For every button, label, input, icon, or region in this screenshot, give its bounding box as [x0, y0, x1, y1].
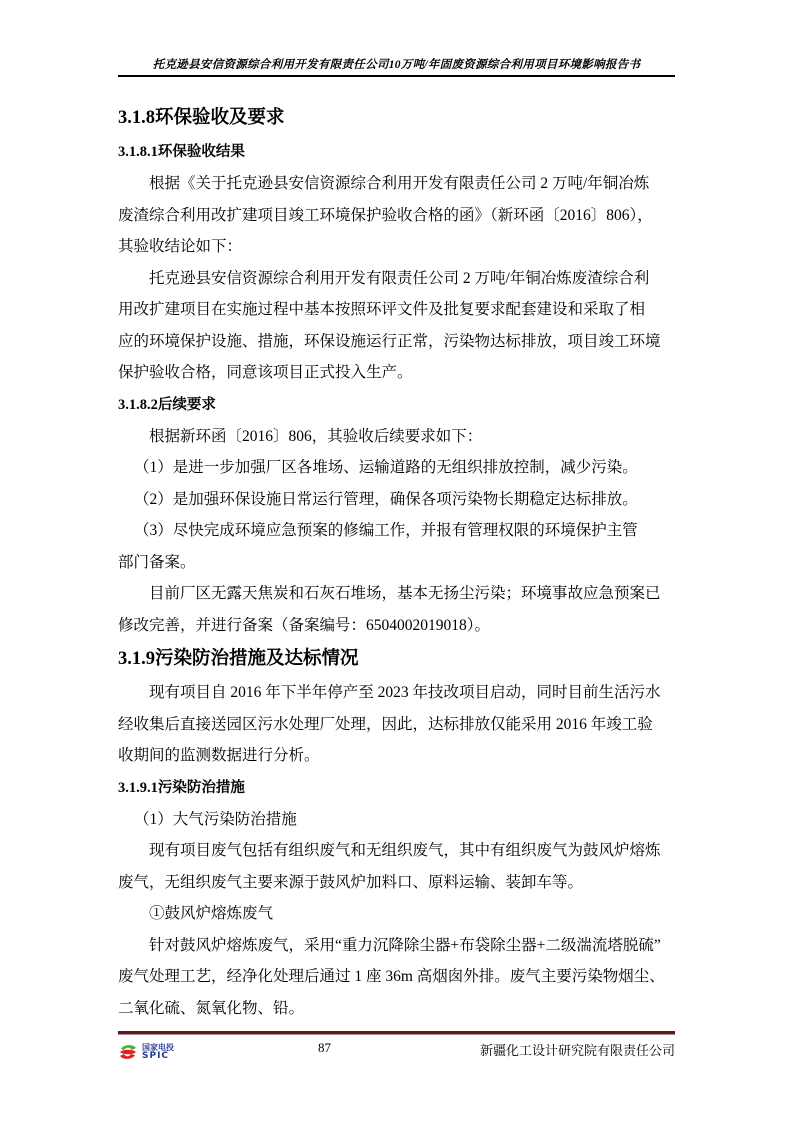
spic-logo-icon: [118, 1042, 138, 1062]
text-line: 针对鼓风炉熔炼废气，采用“重力沉降除尘器+布袋除尘器+二级湍流塔脱硫”: [118, 930, 675, 962]
paragraph-current-status-cont: 修改完善，并进行备案（备案编号：6504002019018）。: [118, 610, 675, 642]
section-heading-3-1-9-1: 3.1.9.1污染防治措施: [118, 772, 675, 804]
footer-organization: 新疆化工设计研究院有限责任公司: [480, 1040, 675, 1059]
paragraph-acceptance-conclusion: 托克逊县安信资源综合利用开发有限责任公司 2 万吨/年铜冶炼废渣综合利: [118, 263, 675, 295]
text-line: 收期间的监测数据进行分析。: [118, 740, 675, 772]
section-heading-3-1-8: 3.1.8环保验收及要求: [118, 100, 675, 136]
paragraph-acceptance-basis: 根据《关于托克逊县安信资源综合利用开发有限责任公司 2 万吨/年铜冶炼: [118, 168, 675, 200]
section-heading-3-1-9: 3.1.9污染防治措施及达标情况: [118, 641, 675, 677]
text-line: （1）大气污染防治措施: [118, 804, 675, 836]
subheading-blast-furnace-exhaust: ①鼓风炉熔炼废气: [118, 898, 675, 930]
text-line: （2）是加强环保设施日常运行管理，确保各项污染物长期稳定达标排放。: [118, 484, 675, 516]
text-line: ①鼓风炉熔炼废气: [118, 898, 675, 930]
subheading-air-pollution: （1）大气污染防治措施: [118, 804, 675, 836]
text-line: 现有项目自 2016 年下半年停产至 2023 年技改项目启动，同时目前生活污水: [118, 677, 675, 709]
section-heading-3-1-8-1: 3.1.8.1环保验收结果: [118, 136, 675, 168]
text-line: 二氧化硫、氮氧化物、铅。: [118, 993, 675, 1025]
paragraph-followup-intro: 根据新环函〔2016〕806，其验收后续要求如下：: [118, 421, 675, 453]
running-header-title: 托克逊县安信资源综合利用开发有限责任公司10万吨/年固废资源综合利用项目环境影响…: [118, 56, 675, 72]
text-line: 保护验收合格，同意该项目正式投入生产。: [118, 357, 675, 389]
paragraph-blast-furnace-treatment-cont: 废气处理工艺，经净化处理后通过 1 座 36m 高烟囱外排。废气主要污染物烟尘、…: [118, 961, 675, 1024]
text-line: （1）是进一步加强厂区各堆场、运输道路的无组织排放控制，减少污染。: [118, 452, 675, 484]
document-body: 3.1.8环保验收及要求 3.1.8.1环保验收结果 根据《关于托克逊县安信资源…: [118, 100, 675, 1024]
spic-logo: 国家电投 SPIC: [118, 1040, 188, 1064]
text-line: 现有项目废气包括有组织废气和无组织废气，其中有组织废气为鼓风炉熔炼: [118, 835, 675, 867]
list-item-3: （3）尽快完成环境应急预案的修编工作，并报有管理权限的环境保护主管: [118, 515, 675, 547]
text-line: 根据新环函〔2016〕806，其验收后续要求如下：: [118, 421, 675, 453]
paragraph-exhaust-types-cont: 废气，无组织废气主要来源于鼓风炉加料口、原料运输、装卸车等。: [118, 867, 675, 899]
text-line: 废渣综合利用改扩建项目竣工环境保护验收合格的函》（新环函〔2016〕806），: [118, 200, 675, 232]
list-item-1: （1）是进一步加强厂区各堆场、运输道路的无组织排放控制，减少污染。: [118, 452, 675, 484]
list-item-3-cont: 部门备案。: [118, 547, 675, 579]
section-heading-3-1-8-2: 3.1.8.2后续要求: [118, 389, 675, 421]
paragraph-blast-furnace-treatment: 针对鼓风炉熔炼废气，采用“重力沉降除尘器+布袋除尘器+二级湍流塔脱硫”: [118, 930, 675, 962]
paragraph-exhaust-types: 现有项目废气包括有组织废气和无组织废气，其中有组织废气为鼓风炉熔炼: [118, 835, 675, 867]
paragraph-current-status: 目前厂区无露天焦炭和石灰石堆场，基本无扬尘污染；环境事故应急预案已: [118, 578, 675, 610]
logo-text-en: SPIC: [142, 1051, 169, 1061]
paragraph-pollution-overview: 现有项目自 2016 年下半年停产至 2023 年技改项目启动，同时目前生活污水: [118, 677, 675, 709]
text-line: 用改扩建项目在实施过程中基本按照环评文件及批复要求配套建设和采取了相: [118, 294, 675, 326]
text-line: 托克逊县安信资源综合利用开发有限责任公司 2 万吨/年铜冶炼废渣综合利: [118, 263, 675, 295]
text-line: 其验收结论如下：: [118, 231, 675, 263]
paragraph-acceptance-basis-cont: 废渣综合利用改扩建项目竣工环境保护验收合格的函》（新环函〔2016〕806）， …: [118, 200, 675, 263]
paragraph-acceptance-conclusion-cont: 用改扩建项目在实施过程中基本按照环评文件及批复要求配套建设和采取了相 应的环境保…: [118, 294, 675, 389]
text-line: 部门备案。: [118, 547, 675, 579]
list-item-2: （2）是加强环保设施日常运行管理，确保各项污染物长期稳定达标排放。: [118, 484, 675, 516]
text-line: （3）尽快完成环境应急预案的修编工作，并报有管理权限的环境保护主管: [118, 515, 675, 547]
footer-divider-highlight: [118, 1034, 675, 1035]
text-line: 废气处理工艺，经净化处理后通过 1 座 36m 高烟囱外排。废气主要污染物烟尘、: [118, 961, 675, 993]
paragraph-pollution-overview-cont: 经收集后直接送园区污水处理厂处理，因此，达标排放仅能采用 2016 年竣工验 收…: [118, 709, 675, 772]
text-line: 目前厂区无露天焦炭和石灰石堆场，基本无扬尘污染；环境事故应急预案已: [118, 578, 675, 610]
text-line: 应的环境保护设施、措施，环保设施运行正常，污染物达标排放，项目竣工环境: [118, 326, 675, 358]
page-number: 87: [318, 1040, 331, 1056]
text-line: 根据《关于托克逊县安信资源综合利用开发有限责任公司 2 万吨/年铜冶炼: [118, 168, 675, 200]
text-line: 经收集后直接送园区污水处理厂处理，因此，达标排放仅能采用 2016 年竣工验: [118, 709, 675, 741]
text-line: 废气，无组织废气主要来源于鼓风炉加料口、原料运输、装卸车等。: [118, 867, 675, 899]
text-line: 修改完善，并进行备案（备案编号：6504002019018）。: [118, 610, 675, 642]
header-divider: [118, 75, 675, 77]
